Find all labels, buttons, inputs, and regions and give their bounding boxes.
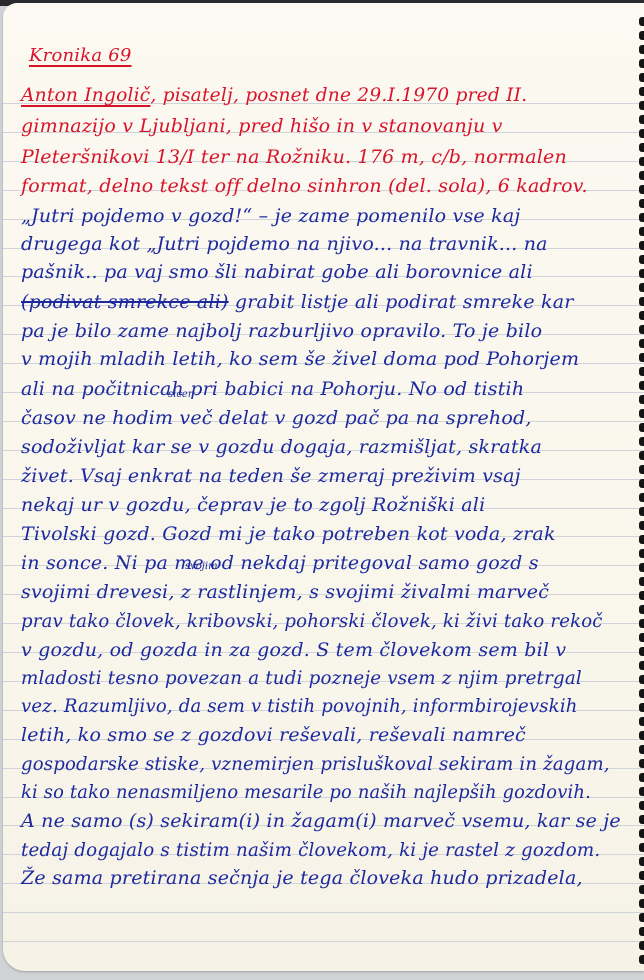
body-line-7: ali na počitnicah pri babici na Pohorju.… [21, 376, 524, 402]
red-line-2: gimnazijo v Ljubljani, pred hišo in v st… [21, 113, 503, 139]
binding-hole [639, 423, 644, 432]
binding-hole [639, 619, 644, 628]
binding-hole [639, 633, 644, 642]
binding-hole [639, 913, 644, 922]
body-line-22: A ne samo (s) sekiram(i) in žagam(i) mar… [21, 808, 621, 834]
body-line-13: in sonce. Ni pa me od nekdaj pritegoval … [21, 550, 539, 576]
body-line-17: mladosti tesno povezan a tudi pozneje vs… [21, 665, 582, 691]
binding-hole [639, 73, 644, 82]
binding-hole [639, 703, 644, 712]
body-line-14: svojimi drevesi, z rastlinjem, s svojimi… [21, 579, 549, 605]
body-line-21: ki so tako nenasmiljeno mesarile po naši… [21, 779, 591, 805]
body-line-10: živet. Vsaj enkrat na teden še zmeraj pr… [21, 463, 521, 489]
binding-hole [639, 87, 644, 96]
binding-hole [639, 759, 644, 768]
binding-hole [639, 17, 644, 26]
scanned-notebook-page: Kronika 69 Anton Ingolič, pisatelj, posn… [0, 0, 644, 980]
body-line-19: letih, ko smo se z gozdovi reševali, reš… [21, 722, 526, 748]
body-line-1: „Jutri pojdemo v gozd!“ – je zame pomeni… [21, 203, 520, 229]
insertion-sicer: sicer [168, 389, 193, 400]
binding-hole [639, 717, 644, 726]
binding-hole [639, 843, 644, 852]
binding-hole [639, 115, 644, 124]
binding-hole [639, 45, 644, 54]
body-line-2: drugega kot „Jutri pojdemo na njivo... n… [21, 231, 548, 257]
body-line-11: nekaj ur v gozdu, čeprav je to zgolj Rož… [21, 492, 485, 518]
binding-hole [639, 549, 644, 558]
binding-hole [639, 367, 644, 376]
binding-hole [639, 339, 644, 348]
binding-hole [639, 955, 644, 964]
binding-hole [639, 227, 644, 236]
binding-hole [639, 787, 644, 796]
binding-hole [639, 199, 644, 208]
body-line-6: v mojih mladih letih, ko sem še živel do… [21, 346, 579, 372]
binding-hole [639, 661, 644, 670]
binding-hole [639, 171, 644, 180]
binding-hole [639, 871, 644, 880]
binding-hole [639, 941, 644, 950]
binding-hole [639, 745, 644, 754]
body-line-24: Že sama pretirana sečnja je tega človeka… [21, 865, 583, 891]
binding-hole [639, 801, 644, 810]
ruled-line [3, 912, 644, 913]
binding-hole [639, 297, 644, 306]
binding-hole [639, 311, 644, 320]
insertion-svojim: svojim [185, 561, 218, 572]
struck-text: (podivat smrekce ali) [21, 291, 229, 313]
binding-hole [639, 815, 644, 824]
binding-hole [639, 885, 644, 894]
body-line-4-rest: grabit listje ali podirat smreke kar [229, 291, 574, 313]
binding-hole [639, 269, 644, 278]
binding-hole [639, 577, 644, 586]
binding-hole [639, 143, 644, 152]
binding-hole [639, 675, 644, 684]
binding-hole [639, 689, 644, 698]
binding-hole [639, 535, 644, 544]
binding-hole [639, 591, 644, 600]
binding-hole [639, 857, 644, 866]
red-line-3: Pleteršnikovi 13/I ter na Rožniku. 176 m… [21, 144, 567, 170]
binding-hole [639, 283, 644, 292]
body-line-9: sodoživljat kar se v gozdu dogaja, razmi… [21, 434, 542, 460]
binding-hole [639, 465, 644, 474]
binding-hole [639, 829, 644, 838]
author-name: Anton Ingolič [21, 84, 150, 106]
binding-hole [639, 899, 644, 908]
binding-hole [639, 437, 644, 446]
binding-hole [639, 31, 644, 40]
body-line-8: časov ne hodim več delat v gozd pač pa n… [21, 405, 532, 431]
binding-hole [639, 563, 644, 572]
ruled-line [3, 941, 644, 942]
body-line-20: gospodarske stiske, vznemirjen prisluško… [21, 751, 610, 777]
binding-hole [639, 241, 644, 250]
notebook-page: Kronika 69 Anton Ingolič, pisatelj, posn… [3, 3, 644, 971]
binding-holes [638, 3, 644, 971]
binding-hole [639, 451, 644, 460]
binding-hole [639, 255, 644, 264]
binding-hole [639, 773, 644, 782]
binding-hole [639, 185, 644, 194]
binding-hole [639, 325, 644, 334]
binding-hole [639, 521, 644, 530]
body-line-23: tedaj dogajalo s tistim našim človekom, … [21, 837, 600, 863]
binding-hole [639, 213, 644, 222]
body-line-16: v gozdu, od gozda in za gozd. S tem člov… [21, 637, 566, 663]
binding-hole [639, 157, 644, 166]
binding-hole [639, 507, 644, 516]
binding-hole [639, 59, 644, 68]
red-line-1: Anton Ingolič, pisatelj, posnet dne 29.I… [21, 82, 527, 108]
binding-hole [639, 101, 644, 110]
binding-hole [639, 409, 644, 418]
binding-hole [639, 927, 644, 936]
binding-hole [639, 353, 644, 362]
body-line-5: pa je bilo zame najbolj razburljivo opra… [21, 318, 542, 344]
binding-hole [639, 479, 644, 488]
binding-hole [639, 381, 644, 390]
binding-hole [639, 731, 644, 740]
page-heading: Kronika 69 [29, 43, 132, 69]
binding-hole [639, 647, 644, 656]
body-line-12: Tivolski gozd. Gozd mi je tako potreben … [21, 521, 556, 547]
binding-hole [639, 605, 644, 614]
body-line-15: prav tako človek, kribovski, pohorski čl… [21, 608, 603, 634]
binding-hole [639, 493, 644, 502]
body-line-4: (podivat smrekce ali) grabit listje ali … [21, 289, 574, 315]
binding-hole [639, 129, 644, 138]
body-line-18: vez. Razumljivo, da sem v tistih povojni… [21, 693, 578, 719]
red-line-4: format, delno tekst off delno sinhron (d… [21, 173, 588, 199]
red-line-1-rest: , pisatelj, posnet dne 29.I.1970 pred II… [150, 84, 527, 106]
binding-hole [639, 395, 644, 404]
body-line-3: pašnik.. pa vaj smo šli nabirat gobe ali… [21, 259, 533, 285]
